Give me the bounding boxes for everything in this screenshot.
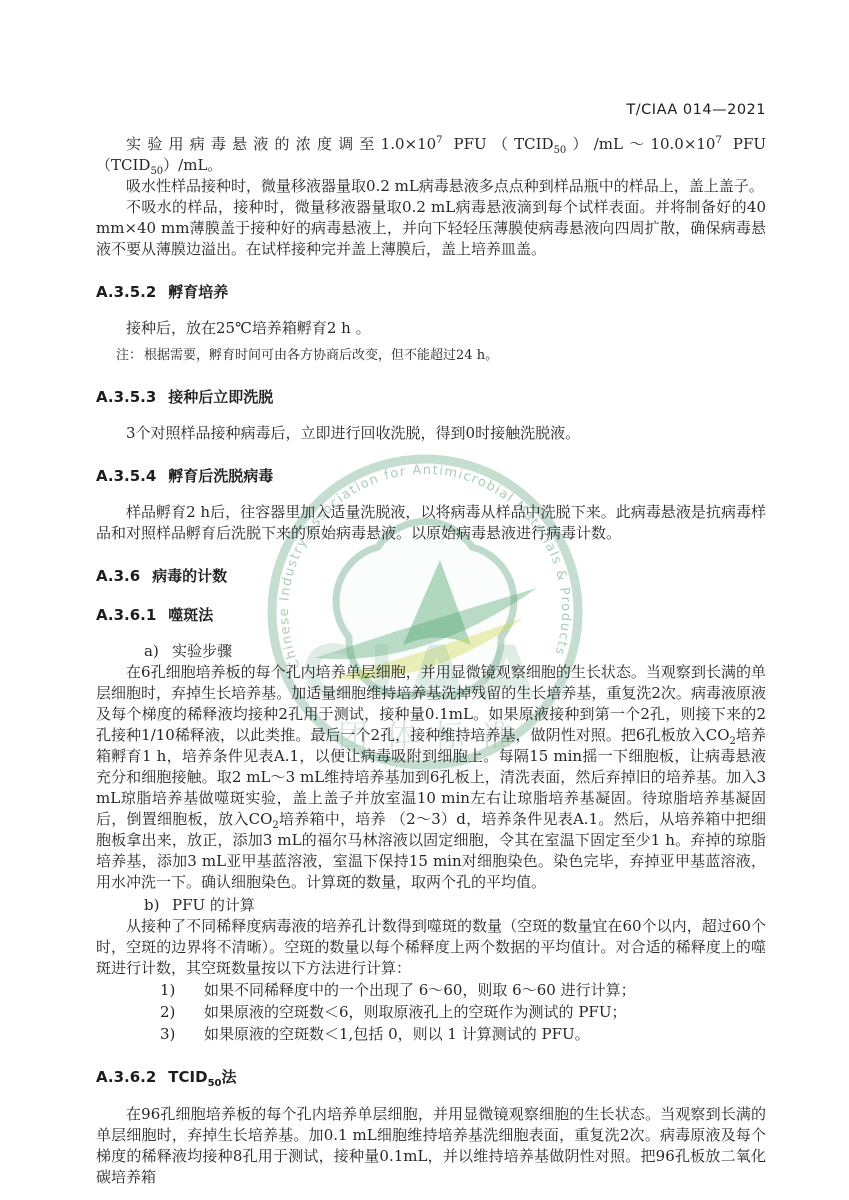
paragraph-nonabsorbent-sample: 不吸水的样品，接种时，微量移液器量取0.2 mL病毒悬液滴到每个试样表面。并将制… <box>96 197 766 260</box>
heading-a36: A.3.6病毒的计数 <box>96 566 766 587</box>
section-title: 接种后立即洗脱 <box>168 388 273 406</box>
subscript: 50 <box>208 1078 222 1089</box>
paragraph-plaque-steps: 在6孔细胞培养板的每个孔内培养单层细胞，并用显微镜观察细胞的生长状态。当观察到长… <box>96 662 766 893</box>
heading-a352: A.3.5.2孵育培养 <box>96 282 766 303</box>
list-item-label: b) <box>144 895 172 916</box>
list-item-text: PFU 的计算 <box>172 896 255 914</box>
list-item-number: 3) <box>160 1024 204 1045</box>
paragraph-incubation: 接种后，放在25℃培养箱孵育2 h 。 <box>96 318 766 339</box>
text-segment: 在6孔细胞培养板的每个孔内培养单层细胞，并用显微镜观察细胞的生长状态。当观察到长… <box>96 663 766 744</box>
list-item-text: 实验步骤 <box>172 642 232 660</box>
section-number: A.3.5.2 <box>96 283 156 301</box>
subscript: 50 <box>554 145 567 156</box>
list-item-text: 如果原液的空斑数＜6，则取原液孔上的空斑作为测试的 PFU； <box>204 1003 626 1021</box>
section-number: A.3.5.3 <box>96 388 156 406</box>
paragraph-absorbent-sample: 吸水性样品接种时，微量移液器量取0.2 mL病毒悬液多点点种到样品瓶中的样品上，… <box>96 176 766 197</box>
list-item-text: 如果不同稀释度中的一个出现了 6～60，则取 6～60 进行计算； <box>204 981 636 999</box>
text-segment: ）/mL～10.0×10 <box>566 135 715 153</box>
section-title: 噬斑法 <box>168 606 213 624</box>
section-title: TCID50法 <box>168 1068 236 1086</box>
list-item-2: 2)如果原液的空斑数＜6，则取原液孔上的空斑作为测试的 PFU； <box>96 1002 766 1023</box>
note-label: 注： <box>116 348 142 363</box>
text-segment: TCID <box>168 1068 207 1086</box>
section-title: 孵育培养 <box>168 283 228 301</box>
heading-a362: A.3.6.2TCID50法 <box>96 1067 766 1088</box>
doc-number: T/CIAA 014—2021 <box>96 100 766 121</box>
paragraph-virus-concentration: 实验用病毒悬液的浓度调至1.0×107 PFU（TCID50）/mL～10.0×… <box>96 134 766 176</box>
section-number: A.3.6 <box>96 567 140 585</box>
heading-a354: A.3.5.4孵育后洗脱病毒 <box>96 466 766 487</box>
note-incubation-time: 注：根据需要，孵育时间可由各方协商后改变，但不能超过24 h。 <box>96 346 766 365</box>
paragraph-tcid50-method: 在96孔细胞培养板的每个孔内培养单层细胞，并用显微镜观察细胞的生长状态。当观察到… <box>96 1104 766 1188</box>
list-item-a: a)实验步骤 <box>96 641 766 662</box>
list-item-label: a) <box>144 641 172 662</box>
document-page: Chinese Industry Association for Antimic… <box>0 0 849 1200</box>
list-item-3: 3)如果原液的空斑数＜1,包括 0，则以 1 计算测试的 PFU。 <box>96 1024 766 1045</box>
section-number: A.3.5.4 <box>96 467 156 485</box>
paragraph-post-incubation-wash: 样品孵育2 h后，往容器里加入适量洗脱液，以将病毒从样品中洗脱下来。此病毒悬液是… <box>96 502 766 544</box>
list-item-text: 如果原液的空斑数＜1,包括 0，则以 1 计算测试的 PFU。 <box>204 1025 590 1043</box>
heading-a361: A.3.6.1噬斑法 <box>96 605 766 626</box>
text-segment: ）/mL。 <box>163 156 222 174</box>
text-segment: 实验用病毒悬液的浓度调至1.0×10 <box>126 135 436 153</box>
paragraph-pfu-counting: 从接种了不同稀释度病毒液的培养孔计数得到噬斑的数量（空斑的数量宜在60个以内，超… <box>96 916 766 979</box>
section-number: A.3.6.2 <box>96 1068 156 1086</box>
text-segment: PFU（TCID <box>443 135 554 153</box>
document-content: T/CIAA 014—2021 实验用病毒悬液的浓度调至1.0×107 PFU（… <box>96 100 766 1188</box>
list-item-b: b)PFU 的计算 <box>96 895 766 916</box>
list-item-number: 1) <box>160 980 204 1001</box>
note-text: 根据需要，孵育时间可由各方协商后改变，但不能超过24 h。 <box>144 348 498 363</box>
section-title: 孵育后洗脱病毒 <box>168 467 273 485</box>
list-item-number: 2) <box>160 1002 204 1023</box>
paragraph-immediate-wash: 3个对照样品接种病毒后，立即进行回收洗脱，得到0时接触洗脱液。 <box>96 423 766 444</box>
text-segment: 法 <box>222 1068 237 1086</box>
section-number: A.3.6.1 <box>96 606 156 624</box>
section-title: 病毒的计数 <box>152 567 227 585</box>
list-item-1: 1)如果不同稀释度中的一个出现了 6～60，则取 6～60 进行计算； <box>96 980 766 1001</box>
heading-a353: A.3.5.3接种后立即洗脱 <box>96 387 766 408</box>
